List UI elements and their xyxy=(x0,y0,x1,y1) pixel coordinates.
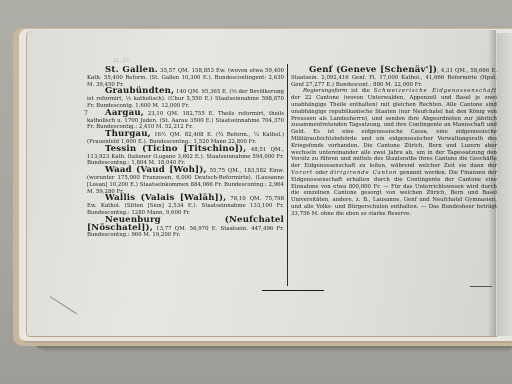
canton-entry-waadt: Waad (Vaud [Woh]), 55,75 QM., 183,582 Ei… xyxy=(87,167,284,195)
emphasis-term: dirigirende Canton xyxy=(330,170,397,176)
canton-entry-genf: Genf (Geneve [Schenäv']), 4,31 QM., 58,6… xyxy=(291,67,497,88)
canton-entry-wallis: Wallis (Valais [Waläh]), 78,10 QM. 75,79… xyxy=(87,195,284,216)
canton-entry-aargau: Aargau, 23,10 QM. 182,755 E. Theils refo… xyxy=(87,110,284,131)
emphasis-term: Vorort xyxy=(291,170,313,176)
left-column: St. Gallen. 35,57 QM. 158,853 Ew. (wovon… xyxy=(87,67,284,239)
paragraph-text: oder xyxy=(313,170,330,176)
faint-header-mark: 22. 27. xyxy=(113,58,131,64)
end-rule-right xyxy=(470,286,492,287)
right-column: Genf (Geneve [Schenäv']), 4,31 QM., 58,6… xyxy=(291,67,497,218)
column-divider xyxy=(287,64,288,286)
canton-name: Wallis (Valais [Waläh]), xyxy=(87,193,226,203)
paragraph-text: ist die xyxy=(347,88,374,94)
end-rule xyxy=(262,290,324,291)
canton-name: Tessin (Ticino [Titschino]), xyxy=(87,144,247,154)
canton-name: Waad (Vaud [Woh]), xyxy=(87,165,207,175)
paragraph-text: der 22 Cantone (wovon Unterwalden, Appen… xyxy=(291,95,497,169)
canton-name: Genf (Geneve [Schenäv']) xyxy=(291,65,437,75)
canton-entry-neuenburg: Neuenburg (Neufchatel [Nöschatel]), 13,7… xyxy=(87,217,284,239)
faded-bleed-through: · · · · · · · · xyxy=(120,300,151,306)
photo-scene: 22. 27. 7 St. Gallen. 35,57 QM. 158,853 … xyxy=(0,0,512,384)
canton-entry-tessin: Tessin (Ticino [Titschino]), 48,51 QM., … xyxy=(87,146,284,167)
emphasis-term: Schweizerische Eidgenossenschaft xyxy=(374,88,497,94)
paragraph-text: genannt werden. Die Finanzen der Eidgeno… xyxy=(291,170,497,217)
government-paragraph: Regierungsform ist die Schweizerische Ei… xyxy=(291,88,497,217)
lead-term: Regierungsform xyxy=(303,88,347,94)
canton-name: Thurgau, xyxy=(87,129,151,139)
canton-name: St. Gallen. xyxy=(87,65,158,75)
canton-entry-graubuenden: Graubündten, 140 QM. 95,365 E. (⅔ der Be… xyxy=(87,88,284,109)
canton-name: Graubündten, xyxy=(87,86,174,96)
canton-name: Aargau, xyxy=(87,108,144,118)
facing-page-edge xyxy=(496,33,512,336)
